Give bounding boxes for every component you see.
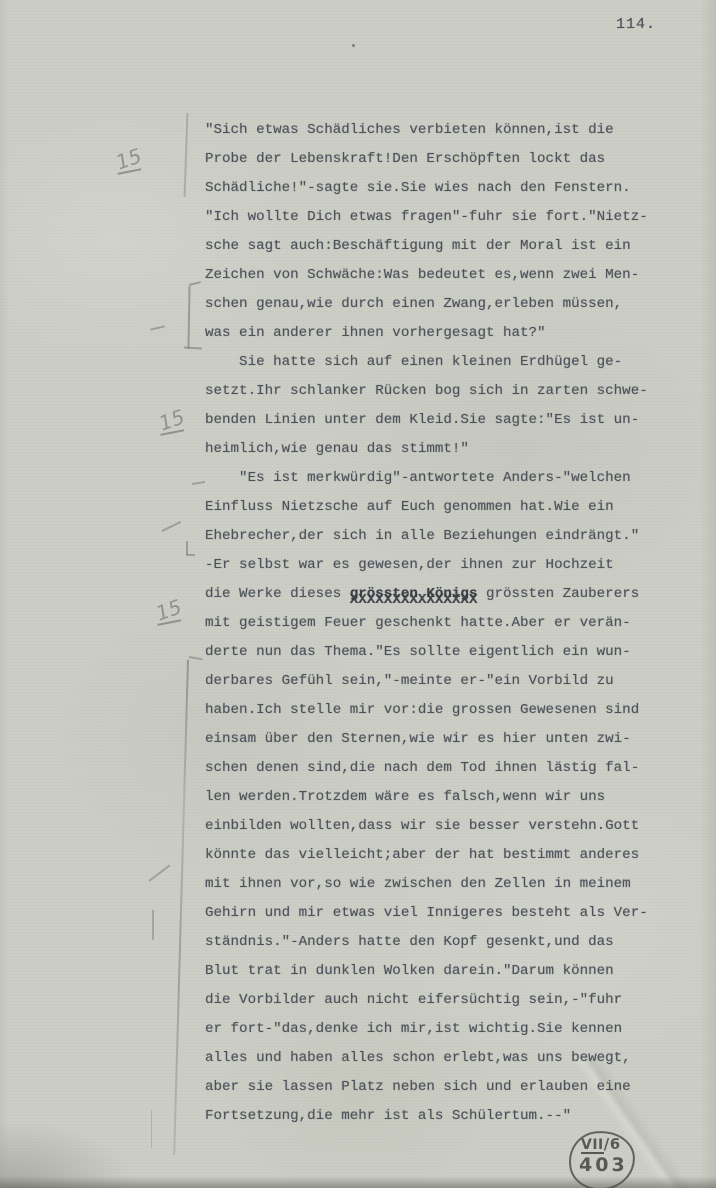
margin-note-15-3: 15 [153, 594, 185, 625]
stamp-roman-numeral: VII [581, 1139, 604, 1154]
typed-line: einsam über den Sternen,wie wir es hier … [205, 725, 648, 754]
typed-line: derte nun das Thema."Es sollte eigentlic… [205, 638, 648, 667]
pencil-long-vertical-line [173, 660, 189, 1155]
ink-speck [352, 44, 355, 47]
text-segment: Probe der Lebenskraft!Den Erschöpften lo… [205, 151, 605, 167]
margin-note-15-2: 15 [156, 404, 188, 435]
text-segment: haben.Ich stelle mir vor:die grossen Gew… [205, 702, 639, 718]
text-segment: Schädliche!"-sagte sie.Sie wies nach den… [205, 180, 631, 196]
pencil-dash-2 [192, 481, 205, 485]
typescript-body: "Sich etwas Schädliches verbieten können… [205, 116, 648, 1131]
pencil-slash-2 [148, 865, 170, 882]
pencil-line-top [184, 113, 188, 197]
text-segment: einsam über den Sternen,wie wir es hier … [205, 731, 631, 747]
typed-line: Zeichen von Schwäche:Was bedeutet es,wen… [205, 261, 648, 290]
text-segment: Sie hatte sich auf einen kleinen Erdhüge… [205, 354, 622, 370]
typed-line: Einfluss Nietzsche auf Euch genommen hat… [205, 493, 648, 522]
text-segment: heimlich,wie genau das stimmt!" [205, 441, 469, 457]
text-segment: grössten Zauberers [477, 586, 639, 602]
typed-line: die Werke dieses grössten Königs grösste… [205, 580, 648, 609]
typed-line: er fort-"das,denke ich mir,ist wichtig.S… [205, 1015, 648, 1044]
pencil-dash-1 [150, 325, 165, 330]
text-segment: was ein anderer ihnen vorhergesagt hat?" [205, 325, 546, 341]
typed-line: "Es ist merkwürdig"-antwortete Anders-"w… [205, 464, 648, 493]
typed-line: alles und haben alles schon erlebt,was u… [205, 1044, 648, 1073]
pencil-slash-1 [162, 521, 182, 532]
text-segment: benden Linien unter dem Kleid.Sie sagte:… [205, 412, 639, 428]
typed-line: schen genau,wie durch einen Zwang,erlebe… [205, 290, 648, 319]
pencil-hook-foot [186, 554, 195, 556]
typed-line: was ein anderer ihnen vorhergesagt hat?" [205, 319, 648, 348]
typed-line: Gehirn und mir etwas viel Innigeres best… [205, 899, 648, 928]
typed-line: mit ihnen vor,so wie zwischen den Zellen… [205, 870, 648, 899]
pencil-tick-2 [151, 1110, 152, 1148]
text-segment: die Vorbilder auch nicht eifersüchtig se… [205, 992, 622, 1008]
typed-line: die Vorbilder auch nicht eifersüchtig se… [205, 986, 648, 1015]
typed-line: schen denen sind,die nach dem Tod ihnen … [205, 754, 648, 783]
archive-stamp: VII/6 403 [569, 1127, 635, 1187]
scanned-typescript-page: 114. "Sich etwas Schädliches verbieten k… [0, 0, 716, 1188]
typed-line: könnte das vielleicht;aber der hat besti… [205, 841, 648, 870]
typed-line: Sie hatte sich auf einen kleinen Erdhüge… [205, 348, 648, 377]
typed-line: derbares Gefühl sein,"-meinte er-"ein Vo… [205, 667, 648, 696]
typed-line: Blut trat in dunklen Wolken darein."Daru… [205, 957, 648, 986]
text-segment: schen genau,wie durch einen Zwang,erlebe… [205, 296, 622, 312]
typed-line: aber sie lassen Platz neben sich und erl… [205, 1073, 648, 1102]
text-segment: ständnis."-Anders hatte den Kopf gesenkt… [205, 934, 614, 950]
typed-line: benden Linien unter dem Kleid.Sie sagte:… [205, 406, 648, 435]
text-segment: mit ihnen vor,so wie zwischen den Zellen… [205, 876, 631, 892]
typed-line: "Ich wollte Dich etwas fragen"-fuhr sie … [205, 203, 648, 232]
text-segment: mit geistigem Feuer geschenkt hatte.Aber… [205, 615, 631, 631]
text-segment: Gehirn und mir etwas viel Innigeres best… [205, 905, 648, 921]
text-segment: len werden.Trotzdem wäre es falsch,wenn … [205, 789, 605, 805]
typed-line: ständnis."-Anders hatte den Kopf gesenkt… [205, 928, 648, 957]
pencil-long-line-hook [189, 656, 203, 660]
stamp-signature-row: VII/6 [581, 1135, 621, 1154]
text-segment: derbares Gefühl sein,"-meinte er-"ein Vo… [205, 673, 614, 689]
pencil-hook-vertical [186, 541, 188, 555]
typed-line: len werden.Trotzdem wäre es falsch,wenn … [205, 783, 648, 812]
text-segment: setzt.Ihr schlanker Rücken bog sich in z… [205, 383, 648, 399]
text-segment: die Werke dieses [205, 586, 350, 602]
typed-line: Probe der Lebenskraft!Den Erschöpften lo… [205, 145, 648, 174]
text-segment: -Er selbst war es gewesen,der ihnen zur … [205, 557, 614, 573]
struck-text: grössten Königs [350, 586, 478, 602]
text-segment: einbilden wollten,dass wir sie besser ve… [205, 818, 639, 834]
typed-line: Ehebrecher,der sich in alle Beziehungen … [205, 522, 648, 551]
pencil-bracket-top-hook [189, 281, 201, 285]
text-segment: Blut trat in dunklen Wolken darein."Daru… [205, 963, 614, 979]
margin-note-15-1: 15 [113, 143, 145, 174]
page-number: 114. [616, 16, 656, 33]
text-segment: Ehebrecher,der sich in alle Beziehungen … [205, 528, 639, 544]
typed-line: Schädliche!"-sagte sie.Sie wies nach den… [205, 174, 648, 203]
text-segment: Einfluss Nietzsche auf Euch genommen hat… [205, 499, 614, 515]
text-segment: er fort-"das,denke ich mir,ist wichtig.S… [205, 1021, 622, 1037]
text-segment: "Ich wollte Dich etwas fragen"-fuhr sie … [205, 209, 648, 225]
typed-line: haben.Ich stelle mir vor:die grossen Gew… [205, 696, 648, 725]
text-segment: "Sich etwas Schädliches verbieten können… [205, 122, 614, 138]
typed-line: sche sagt auch:Beschäftigung mit der Mor… [205, 232, 648, 261]
typed-line: einbilden wollten,dass wir sie besser ve… [205, 812, 648, 841]
text-segment: schen denen sind,die nach dem Tod ihnen … [205, 760, 639, 776]
typed-line: heimlich,wie genau das stimmt!" [205, 435, 648, 464]
stamp-suffix: /6 [604, 1135, 621, 1153]
text-segment: sche sagt auch:Beschäftigung mit der Mor… [205, 238, 631, 254]
text-segment: alles und haben alles schon erlebt,was u… [205, 1050, 631, 1066]
text-segment: derte nun das Thema."Es sollte eigentlic… [205, 644, 631, 660]
text-segment: aber sie lassen Platz neben sich und erl… [205, 1079, 631, 1095]
text-segment: Zeichen von Schwäche:Was bedeutet es,wen… [205, 267, 639, 283]
stamp-number: 403 [579, 1154, 628, 1176]
text-segment: Fortsetzung,die mehr ist als Schülertum.… [205, 1108, 571, 1124]
text-segment: könnte das vielleicht;aber der hat besti… [205, 847, 639, 863]
pencil-tick-1 [152, 910, 154, 940]
text-segment: "Es ist merkwürdig"-antwortete Anders-"w… [205, 470, 631, 486]
pencil-bracket-vertical [187, 286, 190, 349]
typed-line: "Sich etwas Schädliches verbieten können… [205, 116, 648, 145]
typed-line: setzt.Ihr schlanker Rücken bog sich in z… [205, 377, 648, 406]
typed-line: -Er selbst war es gewesen,der ihnen zur … [205, 551, 648, 580]
